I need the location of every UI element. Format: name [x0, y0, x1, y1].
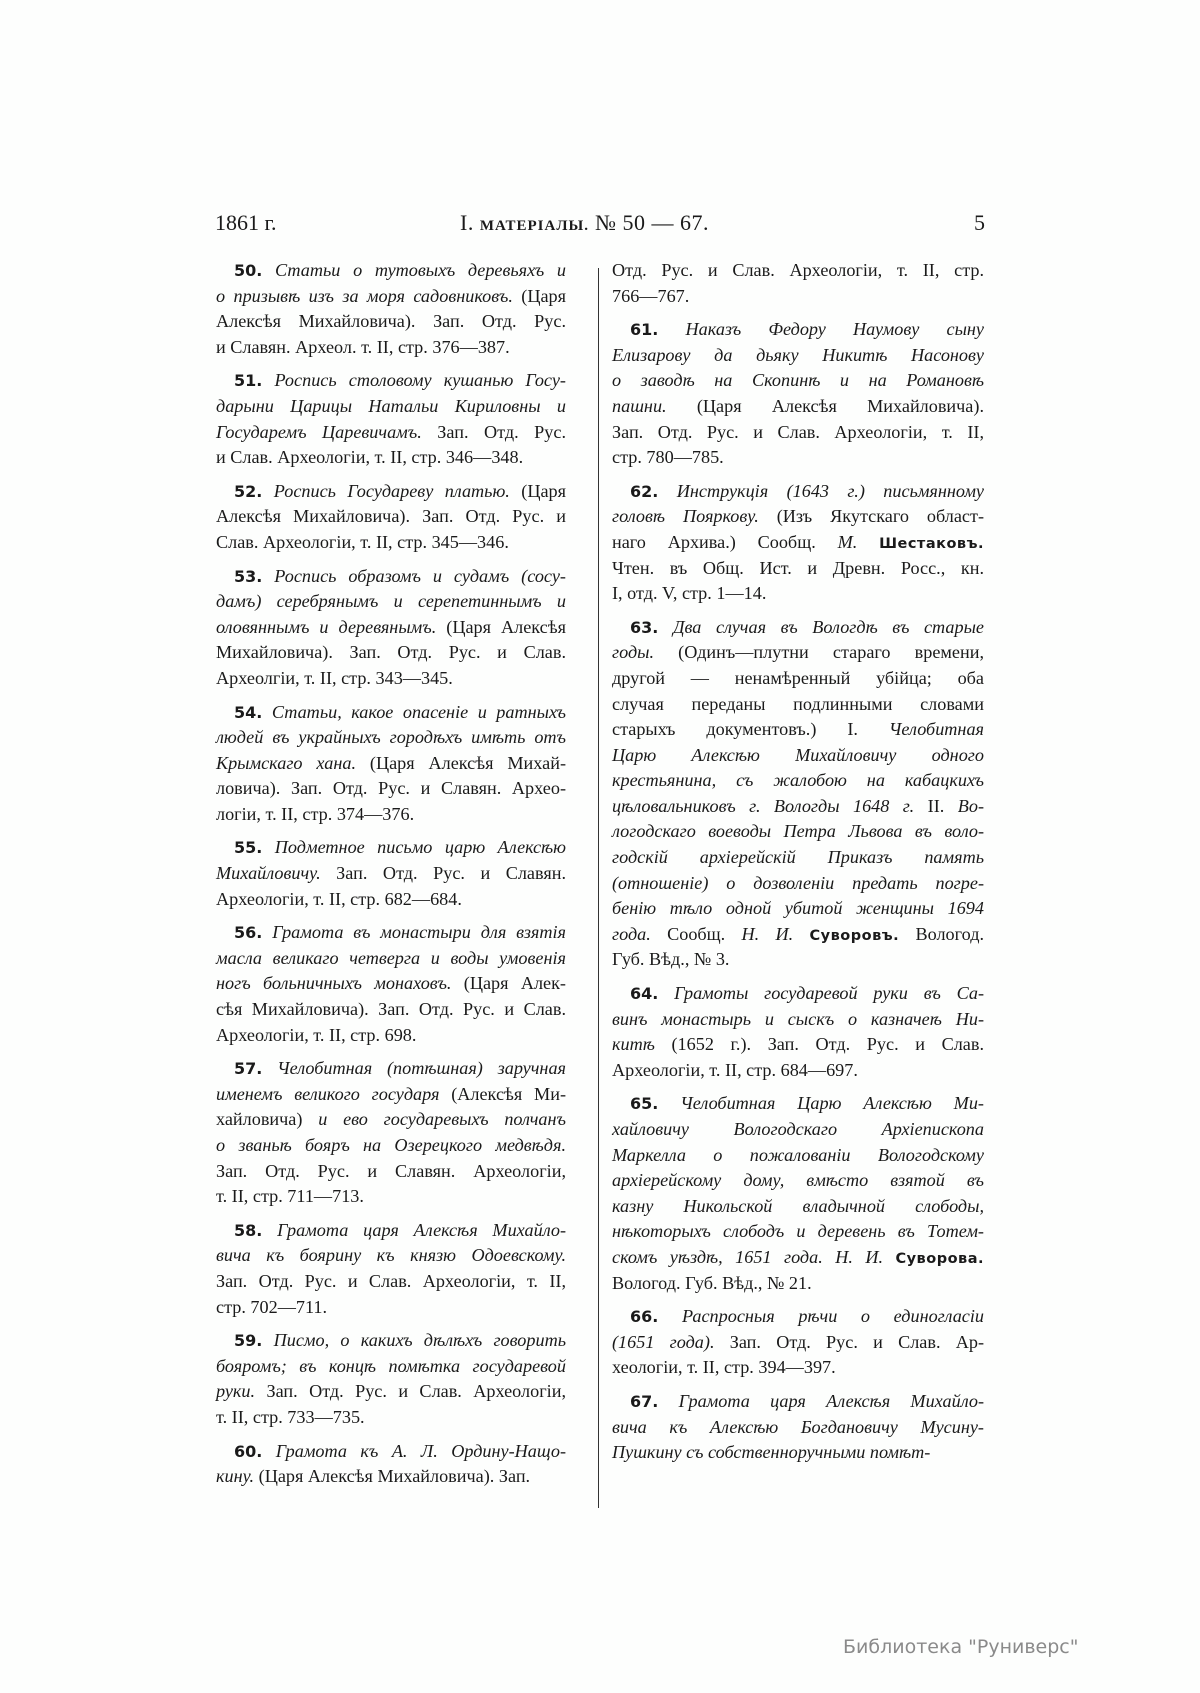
- italic-title: Статьи о тутовыхъ деревьяхъ и: [275, 260, 566, 280]
- italic-title: Пушкину съ собственноручными помѣт-: [612, 1442, 930, 1462]
- text-line: о заводѣ на Скопинѣ и на Романовѣ: [612, 368, 984, 394]
- italic-title: Царю Алексѣю Михайловичу одного: [612, 745, 984, 765]
- italic-title: Инструкцiя (1643 г.) письмянному: [677, 481, 984, 501]
- italic-title: Во-: [958, 796, 984, 816]
- text-line: т. II, стр. 711—713.: [216, 1184, 566, 1210]
- author-name: Шестаковъ.: [879, 536, 984, 552]
- italic-title: Писмо, о какихъ дѣлѣхъ говорить: [274, 1330, 566, 1350]
- plain-text: (Изъ Якутскаго област-: [759, 506, 984, 526]
- plain-text: [883, 1247, 895, 1267]
- plain-text: хайловича): [216, 1109, 318, 1129]
- text-line: ногъ больничныхъ монаховъ. (Царя Алек-: [216, 971, 566, 997]
- bibliography-entry: 58. Грамота царя Алексѣя Михайло-вича къ…: [216, 1218, 566, 1320]
- italic-title: кину.: [216, 1466, 254, 1486]
- entry-number: 50.: [234, 261, 262, 280]
- plain-text: [262, 260, 275, 280]
- plain-text: сѣя Михайловича). Зап. Отд. Рус. и Слав.: [216, 999, 566, 1019]
- text-line: 52. Роспись Государеву платью. (Царя: [216, 479, 566, 505]
- plain-text: и Славян. Археол. т. II, стр. 376—387.: [216, 337, 510, 357]
- italic-title: Роспись образомъ и судамъ (сосу-: [274, 566, 566, 586]
- text-line: именемъ великого государя (Алексѣя Ми-: [216, 1082, 566, 1108]
- italic-title: Челобитная Царю Алексѣю Ми-: [680, 1093, 984, 1113]
- plain-text: 766—767.: [612, 286, 689, 306]
- left-column: 50. Статьи о тутовыхъ деревьяхъ ио призы…: [216, 258, 566, 1498]
- text-line: скомъ уѣздѣ, 1651 года. Н. И. Суворова.: [612, 1245, 984, 1271]
- bibliography-entry: 63. Два случая въ Вологдѣ въ старыегоды.…: [612, 615, 984, 973]
- plain-text: Археологiи, т. II, стр. 682—684.: [216, 889, 462, 909]
- text-line: Зап. Отд. Рус. и Слав. Археологiи, т. II…: [612, 420, 984, 446]
- text-line: наго Архива.) Сообщ. М. Шестаковъ.: [612, 530, 984, 556]
- bibliography-entry: 50. Статьи о тутовыхъ деревьяхъ ио призы…: [216, 258, 566, 360]
- text-line: о призывѣ изъ за моря садовниковъ. (Царя: [216, 284, 566, 310]
- italic-title: логодскаго воеводы Петра Львова въ воло-: [612, 821, 984, 841]
- text-line: стр. 702—711.: [216, 1295, 566, 1321]
- plain-text: (Царя Алексѣя Михай-: [356, 753, 566, 773]
- plain-text: [262, 702, 272, 722]
- text-line: старыхъ документовъ.) I. Челобитная: [612, 717, 984, 743]
- text-line: 50. Статьи о тутовыхъ деревьяхъ и: [216, 258, 566, 284]
- plain-text: Алексѣя Михайловича). Зап. Отд. Рус. и: [216, 506, 566, 526]
- text-line: вича къ боярину къ князю Одоевскому.: [216, 1243, 566, 1269]
- text-line: другой — ненамѣренный убiйца; оба: [612, 666, 984, 692]
- plain-text: логiи, т. II, стр. 374—376.: [216, 804, 414, 824]
- bibliography-entry: 59. Писмо, о какихъ дѣлѣхъ говоритьбояро…: [216, 1328, 566, 1430]
- text-line: т. II, стр. 733—735.: [216, 1405, 566, 1431]
- entry-number: 59.: [234, 1331, 262, 1350]
- italic-title: М.: [838, 532, 858, 552]
- italic-title: бояромъ; въ концѣ помѣтка государевой: [216, 1356, 566, 1376]
- italic-title: оловяннымъ и деревянымъ.: [216, 617, 436, 637]
- plain-text: и Слав. Археологiи, т. II, стр. 346—348.: [216, 447, 523, 467]
- bibliography-entry: 53. Роспись образомъ и судамъ (сосу-дамъ…: [216, 564, 566, 692]
- italic-title: скомъ уѣздѣ, 1651 года. Н. И.: [612, 1247, 883, 1267]
- plain-text: стр. 702—711.: [216, 1297, 327, 1317]
- text-line: 65. Челобитная Царю Алексѣю Ми-: [612, 1091, 984, 1117]
- plain-text: (Царя Алек-: [451, 973, 566, 993]
- italic-title: винъ монастырь и сыскъ о казначеѣ Ни-: [612, 1009, 984, 1029]
- italic-title: нѣкоторыхъ слободъ и деревень въ Тотем-: [612, 1221, 984, 1241]
- entry-number: 64.: [630, 984, 658, 1003]
- plain-text: (Алексѣя Ми-: [439, 1084, 566, 1104]
- entry-number: 62.: [630, 482, 658, 501]
- bibliography-entry: 66. Распросныя рѣчи о единогласiи(1651 г…: [612, 1304, 984, 1381]
- text-line: Елизарову да дьяку Никитѣ Насонову: [612, 343, 984, 369]
- plain-text: [262, 1220, 277, 1240]
- library-watermark: Библиотека "Руниверс": [843, 1636, 1078, 1658]
- text-line: Пушкину съ собственноручными помѣт-: [612, 1440, 984, 1466]
- text-line: Царю Алексѣю Михайловичу одного: [612, 743, 984, 769]
- italic-title: именемъ великого государя: [216, 1084, 439, 1104]
- plain-text: (Одинъ—плутни стараго времени,: [654, 642, 984, 662]
- italic-title: Наказъ Федору Наумову сыну: [686, 319, 984, 339]
- text-line: случая переданы подлинными словами: [612, 692, 984, 718]
- italic-title: архiерейскому дому, вмѣсто взятой въ: [612, 1170, 984, 1190]
- plain-text: (Царя: [510, 481, 566, 501]
- text-line: 55. Подметное письмо царю Алексѣю: [216, 835, 566, 861]
- text-line: 54. Статьи, какое опасенiе и ратныхъ: [216, 700, 566, 726]
- italic-title: дарыни Царицы Натальи Кириловны и: [216, 396, 566, 416]
- bibliography-entry: 60. Грамота къ А. Л. Ордину-Нащо-кину. (…: [216, 1439, 566, 1490]
- text-line: о званьѣ бояръ на Озерецкого медвѣдя.: [216, 1133, 566, 1159]
- text-line: китѣ (1652 г.). Зап. Отд. Рус. и Слав.: [612, 1032, 984, 1058]
- text-line: 66. Распросныя рѣчи о единогласiи: [612, 1304, 984, 1330]
- text-line: крестьянина, съ жалобою на кабацкихъ: [612, 768, 984, 794]
- italic-title: руки.: [216, 1381, 255, 1401]
- plain-text: [793, 924, 809, 944]
- text-line: вича къ Алексѣю Богдановичу Мусину-: [612, 1415, 984, 1441]
- plain-text: [262, 1441, 275, 1461]
- plain-text: [658, 1306, 682, 1326]
- text-line: Археологiи, т. II, стр. 682—684.: [216, 887, 566, 913]
- text-line: дамъ) серебрянымъ и серепетиннымъ и: [216, 589, 566, 615]
- text-line: Алексѣя Михайловича). Зап. Отд. Рус. и: [216, 504, 566, 530]
- plain-text: Зап. Отд. Рус. и Слав. Археологiи, т. II…: [612, 422, 984, 442]
- plain-text: [658, 481, 676, 501]
- text-line: хайловичу Вологодскаго Архiепископа: [612, 1117, 984, 1143]
- plain-text: (Царя: [513, 286, 566, 306]
- plain-text: Зап. Отд. Рус. и Славян. Археологiи,: [216, 1161, 566, 1181]
- text-line: Маркелла о пожалованiи Вологодскому: [612, 1143, 984, 1169]
- text-line: людей въ украйныхъ городѣхъ имѣть отъ: [216, 725, 566, 751]
- text-line: 61. Наказъ Федору Наумову сыну: [612, 317, 984, 343]
- italic-title: (отношенiе) о дозволенiи предать погре-: [612, 873, 984, 893]
- entry-number: 67.: [630, 1392, 658, 1411]
- text-line: кину. (Царя Алексѣя Михайловича). Зап.: [216, 1464, 566, 1490]
- italic-title: годскiй архiерейскiй Приказъ память: [612, 847, 984, 867]
- plain-text: случая переданы подлинными словами: [612, 694, 984, 714]
- text-line: годскiй архiерейскiй Приказъ память: [612, 845, 984, 871]
- text-line: казну Никольской владычной слободы,: [612, 1194, 984, 1220]
- text-line: сѣя Михайловича). Зап. Отд. Рус. и Слав.: [216, 997, 566, 1023]
- page-number: 5: [974, 210, 985, 236]
- text-line: головѣ Пояркову. (Изъ Якутскаго област-: [612, 504, 984, 530]
- bibliography-entry: 61. Наказъ Федору Наумову сынуЕлизарову …: [612, 317, 984, 471]
- entry-number: 54.: [234, 703, 262, 722]
- entry-number: 60.: [234, 1442, 262, 1461]
- text-line: 67. Грамота царя Алексѣя Михайло-: [612, 1389, 984, 1415]
- bibliography-entry: 55. Подметное письмо царю АлексѣюМихайло…: [216, 835, 566, 912]
- plain-text: [857, 532, 879, 552]
- plain-text: (Царя Алексѣя Михайловича). Зап.: [254, 1466, 530, 1486]
- text-line: 51. Роспись столовому кушанью Госу-: [216, 368, 566, 394]
- italic-title: Роспись Государеву платью.: [274, 481, 510, 501]
- text-line: логодскаго воеводы Петра Львова въ воло-: [612, 819, 984, 845]
- italic-title: года.: [612, 924, 651, 944]
- plain-text: Михайловича). Зап. Отд. Рус. и Слав.: [216, 642, 566, 662]
- plain-text: [658, 1093, 680, 1113]
- entry-number: 63.: [630, 618, 658, 637]
- plain-text: I, отд. V, стр. 1—14.: [612, 583, 766, 603]
- text-line: Алексѣя Михайловича). Зап. Отд. Рус.: [216, 309, 566, 335]
- text-line: Государемъ Царевичамъ. Зап. Отд. Рус.: [216, 420, 566, 446]
- italic-title: Роспись столовому кушанью Госу-: [274, 370, 566, 390]
- bibliography-entry: 54. Статьи, какое опасенiе и ратныхълюде…: [216, 700, 566, 828]
- italic-title: Грамота царя Алексѣя Михайло-: [679, 1391, 984, 1411]
- italic-title: Грамота въ монастыри для взятiя: [272, 922, 566, 942]
- text-line: архiерейскому дому, вмѣсто взятой въ: [612, 1168, 984, 1194]
- text-line: и Слав. Археологiи, т. II, стр. 346—348.: [216, 445, 566, 471]
- entry-number: 61.: [630, 320, 658, 339]
- plain-text: II.: [914, 796, 958, 816]
- text-line: и Славян. Археол. т. II, стр. 376—387.: [216, 335, 566, 361]
- bibliography-entry: 65. Челобитная Царю Алексѣю Ми-хайловичу…: [612, 1091, 984, 1296]
- text-line: масла великаго четверга и воды умовенiя: [216, 946, 566, 972]
- plain-text: Сообщ.: [651, 924, 742, 944]
- italic-title: и ево государевыхъ полчанъ: [318, 1109, 566, 1129]
- plain-text: (Царя Алексѣя: [436, 617, 566, 637]
- text-line: Археологiи, т. II, стр. 698.: [216, 1023, 566, 1049]
- italic-title: Маркелла о пожалованiи Вологодскому: [612, 1145, 984, 1165]
- text-line: I, отд. V, стр. 1—14.: [612, 581, 984, 607]
- plain-text: [262, 566, 274, 586]
- italic-title: (1651 года).: [612, 1332, 715, 1352]
- plain-text: ловича). Зап. Отд. Рус. и Славян. Архео-: [216, 778, 566, 798]
- text-line: Крымскаго хана. (Царя Алексѣя Михай-: [216, 751, 566, 777]
- bibliography-entry: 51. Роспись столовому кушанью Госу-дарын…: [216, 368, 566, 470]
- plain-text: [658, 1391, 678, 1411]
- author-name: Суворова.: [895, 1251, 984, 1267]
- text-line: (отношенiе) о дозволенiи предать погре-: [612, 871, 984, 897]
- italic-title: Михайловичу.: [216, 863, 321, 883]
- entry-continuation: Отд. Рус. и Слав. Археологiи, т. II, стр…: [612, 258, 984, 309]
- plain-text: [658, 617, 673, 637]
- plain-text: наго Архива.) Сообщ.: [612, 532, 838, 552]
- text-line: Михайловича). Зап. Отд. Рус. и Слав.: [216, 640, 566, 666]
- italic-title: цѣловальниковъ г. Вологды 1648 г.: [612, 796, 914, 816]
- header-section-title: I. МАТЕРIАЛЫ. № 50 — 67.: [460, 210, 709, 236]
- entry-number: 57.: [234, 1059, 262, 1078]
- right-column: Отд. Рус. и Слав. Археологiи, т. II, стр…: [612, 258, 984, 1474]
- text-line: бояромъ; въ концѣ помѣтка государевой: [216, 1354, 566, 1380]
- bibliography-entry: 52. Роспись Государеву платью. (ЦаряАлек…: [216, 479, 566, 556]
- italic-title: масла великаго четверга и воды умовенiя: [216, 948, 566, 968]
- entry-number: 53.: [234, 567, 262, 586]
- running-head: 1861 г. I. МАТЕРIАЛЫ. № 50 — 67. 5: [215, 210, 985, 240]
- text-line: 56. Грамота въ монастыри для взятiя: [216, 920, 566, 946]
- entry-number: 52.: [234, 482, 262, 501]
- text-line: бенiю тѣло одной убитой женщины 1694: [612, 896, 984, 922]
- plain-text: [262, 922, 272, 942]
- text-line: 62. Инструкцiя (1643 г.) письмянному: [612, 479, 984, 505]
- bibliography-entry: 62. Инструкцiя (1643 г.) письмянномуголо…: [612, 479, 984, 607]
- header-year: 1861 г.: [215, 210, 277, 236]
- bibliography-entry: 57. Челобитная (потѣшная) заручнаяименем…: [216, 1056, 566, 1210]
- text-line: нѣкоторыхъ слободъ и деревень въ Тотем-: [612, 1219, 984, 1245]
- text-line: хайловича) и ево государевыхъ полчанъ: [216, 1107, 566, 1133]
- text-line: руки. Зап. Отд. Рус. и Слав. Археологiи,: [216, 1379, 566, 1405]
- column-divider: [598, 268, 599, 1508]
- plain-text: (1652 г.). Зап. Отд. Рус. и Слав.: [655, 1034, 984, 1054]
- italic-title: Челобитная: [889, 719, 984, 739]
- plain-text: Губ. Вѣд., № 3.: [612, 949, 729, 969]
- text-line: (1651 года). Зап. Отд. Рус. и Слав. Ар-: [612, 1330, 984, 1356]
- text-line: 59. Писмо, о какихъ дѣлѣхъ говорить: [216, 1328, 566, 1354]
- italic-title: Елизарову да дьяку Никитѣ Насонову: [612, 345, 984, 365]
- text-line: Михайловичу. Зап. Отд. Рус. и Славян.: [216, 861, 566, 887]
- italic-title: вича къ боярину къ князю Одоевскому.: [216, 1245, 566, 1265]
- italic-title: пашни.: [612, 396, 667, 416]
- text-line: пашни. (Царя Алексѣя Михайловича).: [612, 394, 984, 420]
- text-line: Губ. Вѣд., № 3.: [612, 947, 984, 973]
- text-line: Зап. Отд. Рус. и Славян. Археологiи,: [216, 1159, 566, 1185]
- text-line: 53. Роспись образомъ и судамъ (сосу-: [216, 564, 566, 590]
- italic-title: вича къ Алексѣю Богдановичу Мусину-: [612, 1417, 984, 1437]
- text-line: Слав. Археологiи, т. II, стр. 345—346.: [216, 530, 566, 556]
- plain-text: Чтен. въ Общ. Ист. и Древн. Росс., кн.: [612, 558, 984, 578]
- text-line: хеологiи, т. II, стр. 394—397.: [612, 1355, 984, 1381]
- plain-text: [262, 481, 273, 501]
- bibliography-entry: 56. Грамота въ монастыри для взятiямасла…: [216, 920, 566, 1048]
- entry-number: 66.: [630, 1307, 658, 1326]
- text-line: 60. Грамота къ А. Л. Ордину-Нащо-: [216, 1439, 566, 1465]
- text-line: Археолгiи, т. II, стр. 343—345.: [216, 666, 566, 692]
- plain-text: Зап. Отд. Рус. и Слав. Ар-: [715, 1332, 984, 1352]
- plain-text: Археологiи, т. II, стр. 684—697.: [612, 1060, 858, 1080]
- italic-title: головѣ Пояркову.: [612, 506, 759, 526]
- author-name: Суворовъ.: [810, 928, 900, 944]
- plain-text: Археологiи, т. II, стр. 698.: [216, 1025, 416, 1045]
- plain-text: старыхъ документовъ.) I.: [612, 719, 889, 739]
- text-line: 64. Грамоты государевой руки въ Са-: [612, 981, 984, 1007]
- italic-title: о призывѣ изъ за моря садовниковъ.: [216, 286, 513, 306]
- italic-title: годы.: [612, 642, 654, 662]
- plain-text: Зап. Отд. Рус.: [422, 422, 566, 442]
- plain-text: Зап. Отд. Рус. и Слав. Археологiи,: [255, 1381, 566, 1401]
- italic-title: казну Никольской владычной слободы,: [612, 1196, 984, 1216]
- plain-text: Слав. Археологiи, т. II, стр. 345—346.: [216, 532, 509, 552]
- text-line: годы. (Одинъ—плутни стараго времени,: [612, 640, 984, 666]
- italic-title: Статьи, какое опасенiе и ратныхъ: [272, 702, 566, 722]
- text-line: стр. 780—785.: [612, 445, 984, 471]
- text-line: ловича). Зап. Отд. Рус. и Славян. Архео-: [216, 776, 566, 802]
- plain-text: Вологод.: [899, 924, 984, 944]
- bibliography-entry: 64. Грамоты государевой руки въ Са-винъ …: [612, 981, 984, 1083]
- entry-number: 51.: [234, 371, 262, 390]
- italic-title: ногъ больничныхъ монаховъ.: [216, 973, 451, 993]
- plain-text: Отд. Рус. и Слав. Археологiи, т. II, стр…: [612, 260, 984, 280]
- text-line: винъ монастырь и сыскъ о казначеѣ Ни-: [612, 1007, 984, 1033]
- italic-title: Крымскаго хана.: [216, 753, 356, 773]
- entry-number: 55.: [234, 838, 262, 857]
- plain-text: (Царя Алексѣя Михайловича).: [667, 396, 984, 416]
- entry-number: 58.: [234, 1221, 262, 1240]
- italic-title: Н. И.: [742, 924, 794, 944]
- plain-text: т. II, стр. 711—713.: [216, 1186, 364, 1206]
- entry-number: 56.: [234, 923, 262, 942]
- plain-text: Археолгiи, т. II, стр. 343—345.: [216, 668, 453, 688]
- text-line: дарыни Царицы Натальи Кириловны и: [216, 394, 566, 420]
- plain-text: [658, 983, 674, 1003]
- italic-title: Грамота царя Алексѣя Михайло-: [277, 1220, 566, 1240]
- italic-title: о заводѣ на Скопинѣ и на Романовѣ: [612, 370, 984, 390]
- plain-text: Вологод. Губ. Вѣд., № 21.: [612, 1273, 812, 1293]
- italic-title: о званьѣ бояръ на Озерецкого медвѣдя.: [216, 1135, 566, 1155]
- text-line: 57. Челобитная (потѣшная) заручная: [216, 1056, 566, 1082]
- text-line: Археологiи, т. II, стр. 684—697.: [612, 1058, 984, 1084]
- italic-title: крестьянина, съ жалобою на кабацкихъ: [612, 770, 984, 790]
- text-line: логiи, т. II, стр. 374—376.: [216, 802, 566, 828]
- plain-text: Зап. Отд. Рус. и Слав. Археологiи, т. II…: [216, 1271, 566, 1291]
- plain-text: т. II, стр. 733—735.: [216, 1407, 365, 1427]
- text-line: 63. Два случая въ Вологдѣ въ старые: [612, 615, 984, 641]
- italic-title: дамъ) серебрянымъ и серепетиннымъ и: [216, 591, 566, 611]
- italic-title: Подметное письмо царю Алексѣю: [275, 837, 566, 857]
- italic-title: бенiю тѣло одной убитой женщины 1694: [612, 898, 984, 918]
- italic-title: китѣ: [612, 1034, 655, 1054]
- plain-text: хеологiи, т. II, стр. 394—397.: [612, 1357, 836, 1377]
- plain-text: [262, 837, 274, 857]
- plain-text: другой — ненамѣренный убiйца; оба: [612, 668, 984, 688]
- text-line: Отд. Рус. и Слав. Археологiи, т. II, стр…: [612, 258, 984, 284]
- text-line: Вологод. Губ. Вѣд., № 21.: [612, 1271, 984, 1297]
- plain-text: стр. 780—785.: [612, 447, 724, 467]
- text-line: 766—767.: [612, 284, 984, 310]
- italic-title: Грамоты государевой руки въ Са-: [674, 983, 984, 1003]
- italic-title: Государемъ Царевичамъ.: [216, 422, 422, 442]
- italic-title: Грамота къ А. Л. Ордину-Нащо-: [276, 1441, 566, 1461]
- italic-title: хайловичу Вологодскаго Архiепископа: [612, 1119, 984, 1139]
- italic-title: Два случая въ Вологдѣ въ старые: [673, 617, 984, 637]
- text-line: 58. Грамота царя Алексѣя Михайло-: [216, 1218, 566, 1244]
- text-line: оловяннымъ и деревянымъ. (Царя Алексѣя: [216, 615, 566, 641]
- plain-text: [262, 370, 274, 390]
- italic-title: Челобитная (потѣшная) заручная: [277, 1058, 566, 1078]
- text-line: цѣловальниковъ г. Вологды 1648 г. II. Во…: [612, 794, 984, 820]
- italic-title: Распросныя рѣчи о единогласiи: [682, 1306, 984, 1326]
- text-line: Чтен. въ Общ. Ист. и Древн. Росс., кн.: [612, 556, 984, 582]
- plain-text: Алексѣя Михайловича). Зап. Отд. Рус.: [216, 311, 566, 331]
- plain-text: [262, 1058, 277, 1078]
- plain-text: [658, 319, 685, 339]
- plain-text: [262, 1330, 273, 1350]
- bibliography-entry: 67. Грамота царя Алексѣя Михайло-вича къ…: [612, 1389, 984, 1466]
- text-line: Зап. Отд. Рус. и Слав. Археологiи, т. II…: [216, 1269, 566, 1295]
- plain-text: Зап. Отд. Рус. и Славян.: [321, 863, 566, 883]
- entry-number: 65.: [630, 1094, 658, 1113]
- italic-title: людей въ украйныхъ городѣхъ имѣть отъ: [216, 727, 566, 747]
- text-line: года. Сообщ. Н. И. Суворовъ. Вологод.: [612, 922, 984, 948]
